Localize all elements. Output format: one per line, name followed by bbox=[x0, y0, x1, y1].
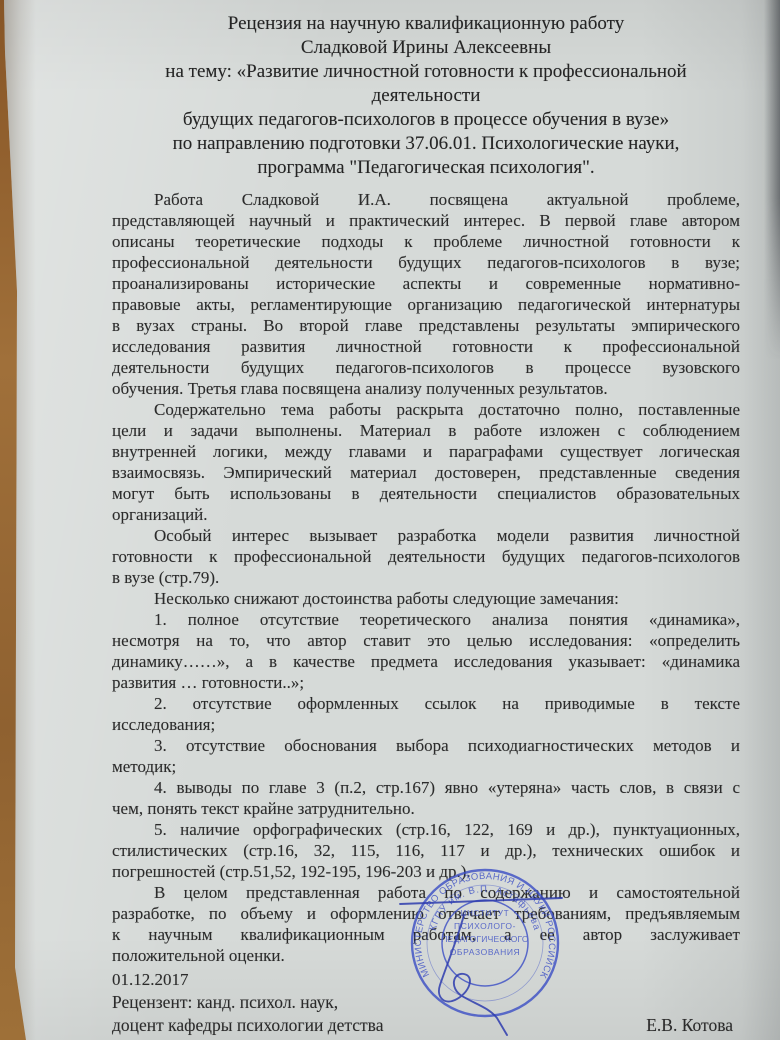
document-title: Рецензия на научную квалификационную раб… bbox=[112, 12, 740, 180]
text-line: представляющей научный и практический ин… bbox=[112, 210, 740, 231]
stamp-center-line: ПСИХОЛОГО- bbox=[454, 921, 516, 931]
text-line: чем, понять текст крайне затруднительно. bbox=[112, 798, 740, 819]
photo-background: Рецензия на научную квалификационную раб… bbox=[0, 0, 780, 1040]
text-line: 3. отсутствие обоснования выбора психоди… bbox=[112, 735, 740, 756]
stamp-center-line: ИНСТИТУТ bbox=[461, 909, 510, 918]
text-line: деятельности будущих педагогов-психолого… bbox=[112, 357, 740, 378]
text-line: развития … готовности..»; bbox=[112, 672, 740, 693]
text-line: профессиональной деятельности будущих пе… bbox=[112, 252, 740, 273]
text-line: 1. полное отсутствие теоретического анал… bbox=[112, 609, 740, 630]
reviewer-line-2: доцент кафедры психологии детства bbox=[112, 1014, 383, 1037]
text-line: 5. наличие орфографических (стр.16, 122,… bbox=[112, 819, 740, 840]
text-line: готовности к профессиональной деятельнос… bbox=[112, 546, 740, 567]
text-line: динамику……», а в качестве предмета иссле… bbox=[112, 651, 740, 672]
text-line: в вузах страны. Во второй главе представ… bbox=[112, 315, 740, 336]
text-line: организаций. bbox=[112, 504, 740, 525]
text-line: обучения. Третья глава посвящена анализу… bbox=[112, 378, 740, 399]
title-line: на тему: «Развитие личностной готовности… bbox=[112, 60, 740, 108]
stamp-and-signature-overlay: МИНИСТЕРСТВО ОБРАЗОВАНИЯ И НАУКИ РОССИЙС… bbox=[380, 855, 600, 1040]
title-line: будущих педагогов-психологов в процессе … bbox=[112, 108, 740, 132]
text-line: могут быть использованы в деятельности с… bbox=[112, 483, 740, 504]
reviewer-name: Е.В. Котова bbox=[646, 1014, 733, 1037]
stamp-center-line: ОБРАЗОВАНИЯ bbox=[450, 947, 521, 957]
text-line: внутренней логики, между главами и параг… bbox=[112, 441, 740, 462]
text-line: Несколько снижают достоинства работы сле… bbox=[112, 588, 740, 609]
text-line: 2. отсутствие оформленных ссылок на прив… bbox=[112, 693, 740, 714]
title-line: Сладковой Ирины Алексеевны bbox=[112, 36, 740, 60]
title-line: программа "Педагогическая психология". bbox=[112, 156, 740, 180]
document-body: Работа Сладковой И.А. посвящена актуальн… bbox=[112, 189, 740, 966]
text-line: в вузе (стр.79). bbox=[112, 567, 740, 588]
text-line: исследования; bbox=[112, 714, 740, 735]
text-line: Содержательно тема работы раскрыта доста… bbox=[112, 399, 740, 420]
text-line: несмотря на то, что автор ставит это цел… bbox=[112, 630, 740, 651]
signature bbox=[439, 915, 507, 1035]
text-line: исследования развития личностной готовно… bbox=[112, 336, 740, 357]
text-line: проанализированы исторические аспекты и … bbox=[112, 273, 740, 294]
text-line: описаны теоретические подходы к проблеме… bbox=[112, 231, 740, 252]
text-line: цели и задачи выполнены. Материал в рабо… bbox=[112, 420, 740, 441]
text-line: взаимосвязь. Эмпирический материал досто… bbox=[112, 462, 740, 483]
text-line: Особый интерес вызывает разработка модел… bbox=[112, 525, 740, 546]
title-line: Рецензия на научную квалификационную раб… bbox=[112, 12, 740, 36]
document-page: Рецензия на научную квалификационную раб… bbox=[0, 0, 780, 1040]
paper-right-shadow bbox=[764, 0, 780, 360]
text-line: правовые акты, регламентирующие организа… bbox=[112, 294, 740, 315]
text-line: 4. выводы по главе 3 (п.2, стр.167) явно… bbox=[112, 777, 740, 798]
text-line: Работа Сладковой И.А. посвящена актуальн… bbox=[112, 189, 740, 210]
paper-edge-shadow bbox=[0, 0, 46, 1040]
title-line: по направлению подготовки 37.06.01. Псих… bbox=[112, 132, 740, 156]
text-line: методик; bbox=[112, 756, 740, 777]
